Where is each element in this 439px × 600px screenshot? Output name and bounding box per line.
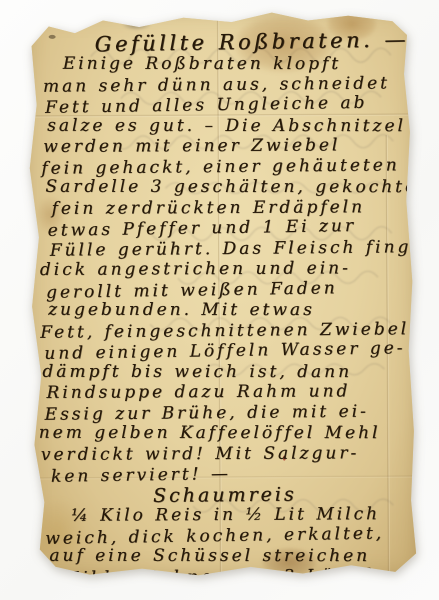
photo-backdrop: Gefüllte Roßbraten. — Einige Roßbraten k… [0,0,439,600]
handwriting-line: fein gehackt, einer gehäuteten [41,155,413,179]
manuscript-paper-wrap: Gefüllte Roßbraten. — Einige Roßbraten k… [0,0,439,600]
handwritten-text: Gefüllte Roßbraten. — Einige Roßbraten k… [33,29,416,588]
handwriting-line: werden mit einer Zwiebel [43,135,413,157]
handwriting-line: Fülle gerührt. Das Fleisch finger- [50,237,414,261]
handwriting-line: Rindsuppe dazu Rahm und [46,381,414,403]
handwriting-line: auf eine Schüssel streichen [49,546,415,567]
recipe2-title: Schaumreis [153,483,415,506]
torn-edge-mark [74,24,79,28]
handwriting-line: nem gelben Kaffeelöffel Mehl [39,423,415,444]
handwriting-line: 3 Eiklar Schnee mit 3 Löffel [43,565,415,589]
recipe-title: Gefüllte Roßbraten. — [95,27,413,56]
edge-speck [24,209,30,214]
handwriting-line: Sardelle 3 geschälten, gekochten [45,177,413,198]
handwriting-line: und einigen Löffeln Wasser ge- [44,338,414,364]
handwriting-line: Einige Roßbraten klopft [63,54,413,75]
handwriting-line: dämpft bis weich ist, dann [42,361,414,382]
edge-speck [28,333,32,337]
handwriting-line: Essig zur Brühe, die mit ei- [45,401,415,425]
manuscript-paper: Gefüllte Roßbraten. — Einige Roßbraten k… [18,5,423,583]
handwriting-line: Fett und alles Ungleiche ab [45,92,413,118]
handwriting-line: zugebunden. Mit etwas [48,300,414,321]
edge-speck [23,263,28,269]
handwriting-line: salze es gut. – Die Abschnitzel [47,115,413,136]
